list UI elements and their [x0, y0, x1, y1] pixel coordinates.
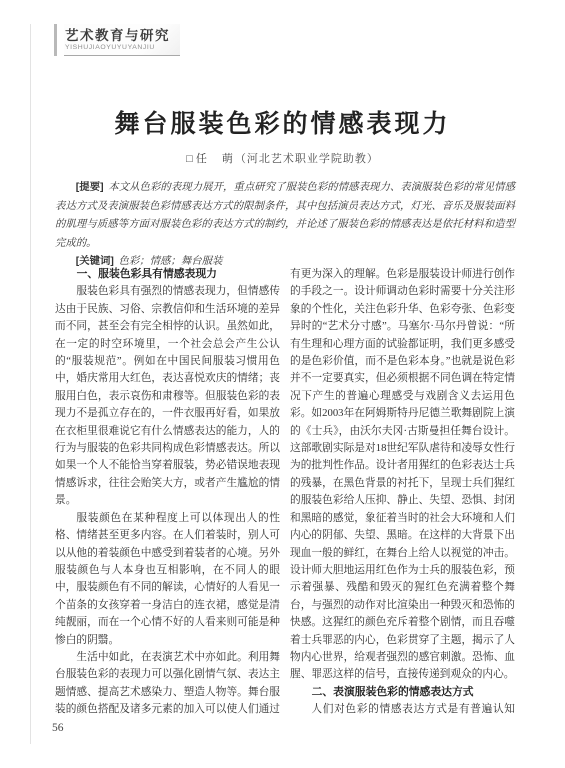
author-line: □任 萌（河北艺术职业学院助教）: [0, 150, 565, 166]
right-column: 有更为深入的理解。色彩是服装设计师进行创作的手段之一。设计师调动色彩时需要十分关…: [290, 266, 515, 718]
section-heading: 一、服装色彩具有情感表现力: [55, 266, 280, 283]
abstract-text: 本文从色彩的表现力展开，重点研究了服装色彩的情感表现力、表演服装色彩的常见情感表…: [55, 182, 515, 249]
page-number: 56: [52, 722, 64, 734]
journal-header: 艺术教育与研究 YISHUJIAOYUYUYANJIU: [54, 24, 180, 56]
journal-name: 艺术教育与研究: [65, 28, 170, 43]
article-title: 舞台服装色彩的情感表现力: [0, 104, 565, 140]
body-columns: 一、服装色彩具有情感表现力服装色彩具有强烈的情感表现力，但情感传达由于民族、习俗…: [55, 266, 515, 718]
author-square-icon: □: [186, 153, 194, 165]
section-heading: 二、表演服装色彩的情感表达方式: [290, 684, 515, 701]
left-column: 一、服装色彩具有情感表现力服装色彩具有强烈的情感表现力，但情感传达由于民族、习俗…: [55, 266, 280, 718]
body-paragraph: 服装色彩具有强烈的情感表现力，但情感传达由于民族、习俗、宗教信仰和生活环境的差异…: [55, 283, 280, 509]
body-paragraph: 服装颜色在某种程度上可以体现出人的性格、情绪甚至更多内容。在人们着装时，别人可以…: [55, 510, 280, 649]
journal-pinyin: YISHUJIAOYUYUYANJIU: [65, 43, 170, 52]
header-vertical-rule: [54, 24, 57, 56]
abstract-paragraph: [提要] 本文从色彩的表现力展开，重点研究了服装色彩的情感表现力、表演服装色彩的…: [55, 179, 515, 253]
journal-title-box: 艺术教育与研究 YISHUJIAOYUYUYANJIU: [64, 24, 180, 56]
body-paragraph: 人们对色彩的情感表达方式是有普遍认知的，: [290, 701, 515, 718]
body-paragraph: 有更为深入的理解。色彩是服装设计师进行创作的手段之一。设计师调动色彩时需要十分关…: [290, 266, 515, 684]
author-name: 任 萌: [196, 153, 235, 165]
abstract-block: [提要] 本文从色彩的表现力展开，重点研究了服装色彩的情感表现力、表演服装色彩的…: [55, 179, 515, 272]
author-affiliation: （河北艺术职业学院助教）: [235, 153, 379, 165]
body-paragraph: 生活中如此，在表演艺术中亦如此。利用舞台服装色彩的表现力可以强化剧情气氛、表达主…: [55, 649, 280, 718]
abstract-label: [提要]: [76, 182, 104, 193]
